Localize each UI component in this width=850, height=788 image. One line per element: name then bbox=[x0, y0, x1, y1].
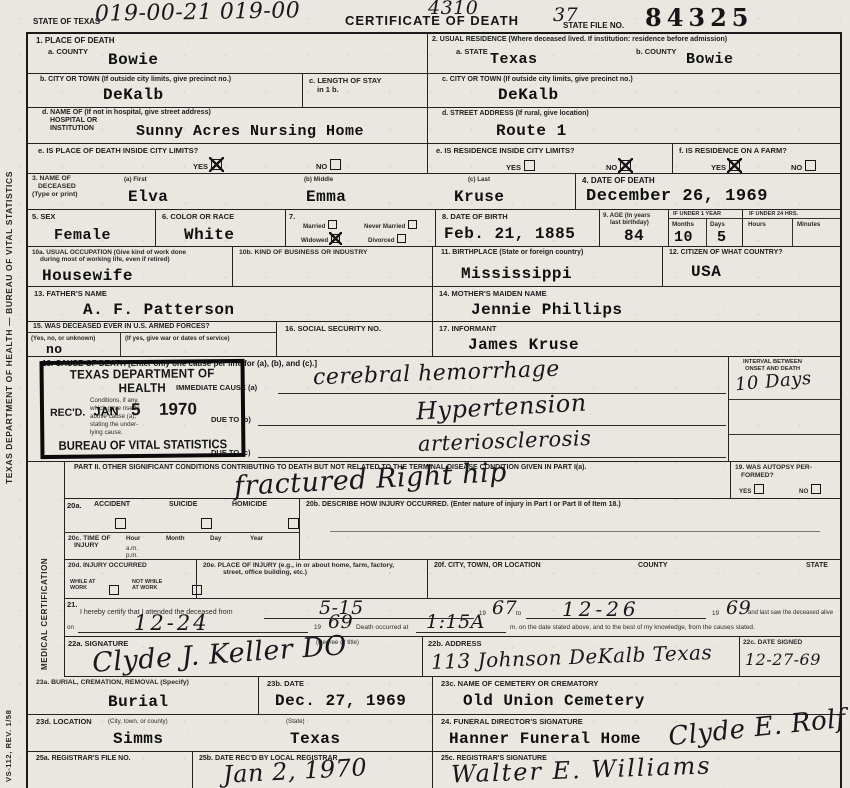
never-married-checkbox bbox=[408, 220, 417, 229]
item20a-label: 20a. bbox=[67, 501, 82, 510]
field-usual-residence: 2. USUAL RESIDENCE (Where deceased lived… bbox=[427, 34, 840, 74]
medical-certification-text: MEDICAL CERTIFICATION bbox=[40, 470, 49, 670]
birthplace-value: Mississippi bbox=[461, 265, 572, 283]
item1-stay-label-2: in 1 b. bbox=[317, 85, 339, 94]
street-address-value: Route 1 bbox=[496, 122, 567, 140]
sex-value: Female bbox=[54, 227, 111, 244]
certify-text-2: and last saw the deceased alive bbox=[748, 610, 833, 616]
no-label: NO bbox=[799, 488, 808, 495]
field-street-address: d. STREET ADDRESS (If rural, give locati… bbox=[427, 108, 840, 144]
state-file-no-label: STATE FILE NO. bbox=[563, 21, 624, 30]
pm-label: p.m. bbox=[126, 552, 138, 559]
field-accident-suicide-homicide: 20a. ACCIDENT SUICIDE HOMICIDE 20c. TIME… bbox=[64, 499, 299, 560]
item10a-label-1: 10a. USUAL OCCUPATION (Give kind of work… bbox=[32, 249, 186, 256]
field-mothers-maiden-name: 14. MOTHER'S MAIDEN NAME Jennie Phillips bbox=[432, 287, 840, 322]
date-of-death-value: December 26, 1969 bbox=[586, 187, 768, 206]
res-no-option: NO bbox=[606, 160, 631, 172]
stamp-recd: REC'D. bbox=[50, 407, 85, 419]
item2-state-label: a. STATE bbox=[456, 47, 488, 56]
field-burial-date: 23b. DATE Dec. 27, 1969 bbox=[258, 677, 432, 715]
interval-label-1: INTERVAL BETWEEN bbox=[743, 359, 802, 365]
item3-title-2: DECEASED bbox=[38, 183, 76, 190]
res-no-checkbox bbox=[620, 160, 631, 171]
months-value: 10 bbox=[674, 229, 693, 246]
never-married-label: Never Married bbox=[364, 223, 405, 230]
field-hospital-institution: d. NAME OF (If not in hospital, give str… bbox=[28, 108, 427, 144]
divorced-checkbox bbox=[397, 234, 406, 243]
age-value: 84 bbox=[624, 227, 644, 245]
interval-divider-1 bbox=[729, 399, 841, 400]
burial-city-value: Simms bbox=[113, 730, 164, 748]
item9-label-1: 9. AGE (In years bbox=[603, 212, 650, 219]
year-19-label-b: 19 bbox=[712, 610, 719, 617]
field-date-signed: 22c. DATE SIGNED 12-27-69 bbox=[739, 637, 840, 677]
armed-forces-divider bbox=[28, 332, 276, 333]
year-19-label-c: 19 bbox=[314, 624, 321, 631]
armed-forces-col-divider bbox=[120, 332, 121, 356]
item5-label: 5. SEX bbox=[32, 212, 55, 221]
divorced-option: Divorced bbox=[368, 234, 406, 244]
stamp-line-3: BUREAU OF VITAL STATISTICS bbox=[54, 437, 231, 453]
pod-no-checkbox bbox=[330, 159, 341, 170]
married-checkbox bbox=[328, 220, 337, 229]
day-label: Day bbox=[210, 535, 221, 542]
under-24-hrs-label: IF UNDER 24 HRS. bbox=[749, 211, 798, 217]
item20b-label: 20b. DESCRIBE HOW INJURY OCCURRED. (Ente… bbox=[306, 501, 621, 509]
date-of-birth-value: Feb. 21, 1885 bbox=[444, 225, 575, 243]
farm-yes-option: YES bbox=[711, 160, 740, 172]
widowed-option: Widowed bbox=[301, 234, 340, 244]
field-physician-signature: 22a. SIGNATURE (Degree or title) Clyde J… bbox=[64, 637, 422, 677]
item20e-label-1: 20e. PLACE OF INJURY (e.g., in or about … bbox=[203, 562, 394, 569]
item23c-label: 23c. NAME OF CEMETERY OR CREMATORY bbox=[441, 679, 598, 688]
married-label: Married bbox=[303, 223, 325, 230]
item24-label: 24. FUNERAL DIRECTOR'S SIGNATURE bbox=[441, 717, 583, 726]
field-business-industry: 10b. KIND OF BUSINESS OR INDUSTRY bbox=[232, 247, 432, 287]
autopsy-no-checkbox bbox=[811, 484, 821, 494]
res-yes-option: YES bbox=[506, 160, 535, 172]
item2-city-label: c. CITY OR TOWN (If outside city limits,… bbox=[442, 76, 633, 84]
field-injury-city-county-state: 20f. CITY, TOWN, OR LOCATION COUNTY STAT… bbox=[427, 560, 840, 599]
burial-value: Burial bbox=[108, 693, 169, 711]
item1-city-label: b. CITY OR TOWN (If outside city limits,… bbox=[40, 76, 231, 84]
item2-title: 2. USUAL RESIDENCE (Where deceased lived… bbox=[432, 36, 727, 44]
days-label: Days bbox=[710, 221, 725, 228]
month-label: Month bbox=[166, 535, 185, 542]
item12-label: 12. CITIZEN OF WHAT COUNTRY? bbox=[669, 249, 783, 257]
field-residence-inside-city-limits: e. IS RESIDENCE INSIDE CITY LIMITS? YES … bbox=[427, 144, 672, 174]
death-city-value: DeKalb bbox=[103, 86, 164, 104]
form-number-text: VS-112, REV. 1/58 bbox=[4, 686, 13, 782]
medical-certification-strip: MEDICAL CERTIFICATION bbox=[28, 462, 65, 677]
days-value: 5 bbox=[717, 229, 727, 246]
months-label: Months bbox=[672, 221, 694, 228]
field-part-2-conditions: PART II. OTHER SIGNIFICANT CONDITIONS CO… bbox=[64, 462, 730, 499]
item2-limits-label: e. IS RESIDENCE INSIDE CITY LIMITS? bbox=[436, 146, 575, 155]
autopsy-no-option: NO bbox=[799, 484, 821, 495]
death-certificate-scan: { "header": { "agency": "STATE OF TEXAS"… bbox=[0, 0, 850, 788]
field-describe-how-injury-occurred: 20b. DESCRIBE HOW INJURY OCCURRED. (Ente… bbox=[299, 499, 840, 560]
item6-label: 6. COLOR OR RACE bbox=[162, 212, 234, 221]
state-label: STATE bbox=[806, 562, 828, 570]
citizen-value: USA bbox=[691, 263, 721, 281]
autopsy-yes-checkbox bbox=[754, 484, 764, 494]
item1-title: 1. PLACE OF DEATH bbox=[36, 36, 115, 45]
field-armed-forces: 15. WAS DECEASED EVER IN U.S. ARMED FORC… bbox=[28, 322, 276, 357]
occupation-value: Housewife bbox=[42, 267, 133, 285]
field-age: 9. AGE (In years last birthday) 84 bbox=[599, 210, 668, 247]
farm-no-checkbox bbox=[805, 160, 816, 171]
stamp-date-line: REC'D. JAN 5 1970 bbox=[50, 399, 235, 421]
field-death-inside-city-limits: e. IS PLACE OF DEATH INSIDE CITY LIMITS?… bbox=[28, 144, 427, 174]
accident-label: ACCIDENT bbox=[94, 501, 130, 509]
county-label: COUNTY bbox=[638, 562, 668, 570]
no-label: NO bbox=[606, 163, 617, 172]
item16-label: 16. SOCIAL SECURITY NO. bbox=[285, 324, 381, 333]
attended-from-year: 67 bbox=[492, 597, 517, 619]
certify-text-4: m. on the date stated above, and to the … bbox=[510, 624, 755, 631]
field-burial-location: 23d. LOCATION (City, town, or county) (S… bbox=[28, 715, 432, 752]
months-days-divider bbox=[706, 218, 707, 246]
cemetery-name-value: Old Union Cemetery bbox=[463, 692, 645, 710]
field-certification-statement: 21. I hereby certify that I attended the… bbox=[64, 599, 840, 637]
to-label: to bbox=[516, 610, 521, 617]
divorced-label: Divorced bbox=[368, 237, 394, 244]
item17-label: 17. INFORMANT bbox=[439, 324, 497, 333]
item20c-label-2: INJURY bbox=[74, 542, 99, 549]
item20f-label: 20f. CITY, TOWN, OR LOCATION bbox=[434, 562, 541, 570]
hour-label: Hour bbox=[126, 535, 140, 542]
burial-state-value: Texas bbox=[290, 730, 341, 748]
due-to-b-value: Hypertension bbox=[415, 389, 587, 426]
item2-farm-label: f. IS RESIDENCE ON A FARM? bbox=[679, 146, 787, 155]
never-married-option: Never Married bbox=[364, 220, 417, 230]
item22c-label: 22c. DATE SIGNED bbox=[743, 639, 802, 646]
stamp-year: 1970 bbox=[159, 399, 197, 418]
item10b-label: 10b. KIND OF BUSINESS OR INDUSTRY bbox=[239, 249, 368, 256]
item19-label-1: 19. WAS AUTOPSY PER- bbox=[735, 464, 812, 471]
not-while-at-work-label-2: AT WORK bbox=[132, 585, 157, 591]
married-option: Married bbox=[303, 220, 337, 230]
year-label: Year bbox=[250, 535, 263, 542]
first-name-value: Elva bbox=[128, 188, 168, 206]
residence-county-value: Bowie bbox=[686, 51, 734, 68]
homicide-checkbox bbox=[288, 518, 299, 529]
item20e-label-2: street, office building, etc.) bbox=[223, 569, 307, 576]
burial-date-value: Dec. 27, 1969 bbox=[275, 692, 406, 710]
field-informant: 17. INFORMANT James Kruse bbox=[432, 322, 840, 357]
field-physician-address: 22b. ADDRESS 113 Johnson DeKalb Texas bbox=[422, 637, 739, 677]
item10a-label-2: during most of working life, even if ret… bbox=[40, 256, 170, 263]
hours-label: Hours bbox=[748, 221, 766, 228]
cause-b-line bbox=[258, 425, 726, 426]
hours-minutes-divider bbox=[792, 218, 793, 246]
field-autopsy-performed: 19. WAS AUTOPSY PER- FORMED? YES NO bbox=[730, 462, 840, 499]
field-registrar-file-no: 25a. REGISTRAR'S FILE NO. bbox=[28, 752, 192, 788]
state-file-number: 84325 bbox=[645, 3, 754, 32]
interval-divider-2 bbox=[729, 434, 841, 435]
item2-county-label: b. COUNTY bbox=[636, 47, 676, 56]
item15-sub2: (If yes, give war or dates of service) bbox=[125, 335, 230, 342]
field-citizen-of-country: 12. CITIZEN OF WHAT COUNTRY? USA bbox=[662, 247, 840, 287]
informant-value: James Kruse bbox=[468, 336, 579, 354]
field-color-or-race: 6. COLOR OR RACE White bbox=[155, 210, 285, 247]
armed-forces-value: no bbox=[46, 342, 63, 357]
suicide-checkbox bbox=[201, 518, 212, 529]
item21-number: 21. bbox=[67, 600, 77, 609]
last-name-value: Kruse bbox=[454, 188, 505, 206]
field-place-of-injury: 20e. PLACE OF INJURY (e.g., in or about … bbox=[196, 560, 427, 599]
yes-label: YES bbox=[193, 162, 208, 171]
location-city-sub-label: (City, town, or county) bbox=[108, 718, 168, 725]
middle-name-label: (b) Middle bbox=[304, 176, 333, 183]
item22b-label: 22b. ADDRESS bbox=[428, 639, 482, 648]
state-of-texas-label: STATE OF TEXAS bbox=[33, 17, 100, 26]
field-registrar-signature: 25c. REGISTRAR'S SIGNATURE Walter E. Wil… bbox=[432, 752, 840, 788]
item1-limits-label: e. IS PLACE OF DEATH INSIDE CITY LIMITS? bbox=[38, 146, 198, 155]
field-if-under-24-hrs: IF UNDER 24 HRS. Hours Minutes bbox=[742, 210, 840, 247]
item3-title-1: 3. NAME OF bbox=[32, 175, 71, 182]
item20d-label: 20d. INJURY OCCURRED bbox=[68, 562, 147, 569]
on-label: on bbox=[67, 624, 74, 631]
item20c-label-1: 20c. TIME OF bbox=[68, 535, 111, 542]
field-date-received-by-registrar: 25b. DATE REC'D BY LOCAL REGISTRAR Jan 2… bbox=[192, 752, 432, 788]
yes-label: YES bbox=[739, 488, 751, 495]
mothers-name-value: Jennie Phillips bbox=[471, 301, 623, 319]
item14-label: 14. MOTHER'S MAIDEN NAME bbox=[439, 289, 547, 298]
injury-answer-line bbox=[330, 531, 820, 532]
stamp-day: 5 bbox=[131, 400, 141, 419]
item7-label: 7. bbox=[289, 212, 295, 221]
item25a-label: 25a. REGISTRAR'S FILE NO. bbox=[36, 755, 131, 763]
field-marital-status: 7. Married Never Married Widowed Divorce… bbox=[285, 210, 435, 247]
funeral-home-value: Hanner Funeral Home bbox=[449, 730, 641, 748]
yes-label: YES bbox=[506, 163, 521, 172]
handwritten-header-code: 019-00-21 019-00 bbox=[95, 0, 301, 27]
homicide-label: HOMICIDE bbox=[232, 501, 267, 509]
last-name-label: (c) Last bbox=[468, 176, 490, 183]
farm-no-option: NO bbox=[791, 160, 816, 172]
while-at-work-checkbox bbox=[109, 585, 119, 595]
field-place-of-death-county: 1. PLACE OF DEATH a. COUNTY Bowie bbox=[28, 34, 427, 74]
race-value: White bbox=[184, 226, 235, 244]
field-burial-cremation-removal: 23a. BURIAL, CREMATION, REMOVAL (Specify… bbox=[28, 677, 258, 715]
pod-yes-checkbox bbox=[211, 159, 222, 170]
field-if-under-1-year: IF UNDER 1 YEAR Months 10 Days 5 bbox=[668, 210, 742, 247]
margin-department-text: TEXAS DEPARTMENT OF HEALTH — BUREAU OF V… bbox=[4, 64, 14, 484]
vital-statistics-received-stamp: TEXAS DEPARTMENT OF HEALTH REC'D. JAN 5 … bbox=[39, 359, 245, 459]
suicide-label: SUICIDE bbox=[169, 501, 197, 509]
death-county-value: Bowie bbox=[108, 51, 159, 69]
field-date-of-death: 4. DATE OF DEATH December 26, 1969 bbox=[575, 174, 840, 210]
residence-city-value: DeKalb bbox=[498, 86, 559, 104]
location-state-sub-label: (State) bbox=[286, 718, 305, 725]
item19-label-2: FORMED? bbox=[741, 472, 774, 479]
item15-label: 15. WAS DECEASED EVER IN U.S. ARMED FORC… bbox=[33, 323, 210, 331]
physician-signature-value: Clyde J. Keller DO bbox=[91, 630, 348, 679]
certify-text-3: Death occurred at bbox=[356, 624, 408, 631]
item2-street-label: d. STREET ADDRESS (If rural, give locati… bbox=[442, 110, 589, 118]
attended-to-date: 12-26 bbox=[562, 597, 640, 621]
time-of-death-value: 1:15A bbox=[426, 611, 485, 633]
pod-yes-option: YES bbox=[193, 159, 222, 171]
item9-label-2: last birthday) bbox=[610, 219, 649, 226]
field-birthplace: 11. BIRTHPLACE (State or foreign country… bbox=[432, 247, 662, 287]
last-seen-alive-date: 12-24 bbox=[134, 611, 210, 635]
field-date-of-birth: 8. DATE OF BIRTH Feb. 21, 1885 bbox=[435, 210, 599, 247]
field-fathers-name: 13. FATHER'S NAME A. F. Patterson bbox=[28, 287, 432, 322]
field-cause-of-death: 18. CAUSE OF DEATH [Enter only one cause… bbox=[28, 357, 840, 462]
date-signed-value: 12-27-69 bbox=[745, 650, 821, 669]
accident-checkbox bbox=[115, 518, 126, 529]
item23b-label: 23b. DATE bbox=[267, 679, 304, 688]
facility-value: Sunny Acres Nursing Home bbox=[136, 123, 364, 140]
item23d-label: 23d. LOCATION bbox=[36, 717, 92, 726]
item1-county-label: a. COUNTY bbox=[48, 47, 88, 56]
handwritten-number-4310: 4310 bbox=[428, 0, 478, 19]
item13-label: 13. FATHER'S NAME bbox=[34, 289, 107, 298]
item8-label: 8. DATE OF BIRTH bbox=[442, 212, 508, 221]
widowed-label: Widowed bbox=[301, 237, 328, 244]
field-sex: 5. SEX Female bbox=[28, 210, 155, 247]
field-residence-on-farm: f. IS RESIDENCE ON A FARM? YES NO bbox=[672, 144, 840, 174]
item3-title-3: (Type or print) bbox=[32, 191, 78, 198]
stamp-month: JAN bbox=[94, 404, 119, 418]
item1-facility-label-3: INSTITUTION bbox=[50, 125, 94, 133]
time-of-injury-divider bbox=[64, 532, 299, 533]
first-name-label: (a) First bbox=[124, 176, 147, 183]
minutes-label: Minutes bbox=[797, 221, 820, 228]
field-length-of-stay: c. LENGTH OF STAY in 1 b. bbox=[302, 74, 427, 108]
residence-state-value: Texas bbox=[490, 51, 538, 68]
autopsy-yes-option: YES bbox=[739, 484, 764, 495]
pod-no-option: NO bbox=[316, 159, 341, 171]
res-yes-checkbox bbox=[524, 160, 535, 171]
fathers-name-value: A. F. Patterson bbox=[83, 301, 235, 319]
widowed-checkbox bbox=[331, 234, 340, 243]
field-injury-occurred: 20d. INJURY OCCURRED WHILE AT WORK NOT W… bbox=[64, 560, 196, 599]
field-residence-city: c. CITY OR TOWN (If outside city limits,… bbox=[427, 74, 840, 108]
due-to-c-value: arteriosclerosis bbox=[418, 426, 592, 456]
certificate-form: 1. PLACE OF DEATH a. COUNTY Bowie 2. USU… bbox=[26, 32, 842, 788]
item4-label: 4. DATE OF DEATH bbox=[582, 176, 655, 185]
field-name-of-deceased: 3. NAME OF DECEASED (Type or print) (a) … bbox=[28, 174, 575, 210]
field-usual-occupation: 10a. USUAL OCCUPATION (Give kind of work… bbox=[28, 247, 232, 287]
no-label: NO bbox=[316, 162, 327, 171]
immediate-cause-value: cerebral hemorrhage bbox=[313, 357, 561, 391]
field-cemetery-name: 23c. NAME OF CEMETERY OR CREMATORY Old U… bbox=[432, 677, 840, 715]
farm-yes-checkbox bbox=[729, 160, 740, 171]
item1-stay-label-1: c. LENGTH OF STAY bbox=[309, 76, 382, 85]
while-at-work-label-2: WORK bbox=[70, 585, 87, 591]
under-1-year-label: IF UNDER 1 YEAR bbox=[673, 211, 721, 217]
stamp-line-1: TEXAS DEPARTMENT OF HEALTH bbox=[50, 366, 233, 396]
item15-sub1: (Yes, no, or unknown) bbox=[31, 335, 95, 342]
no-label: NO bbox=[791, 163, 802, 172]
field-social-security-no: 16. SOCIAL SECURITY NO. bbox=[276, 322, 432, 357]
am-label: a.m. bbox=[126, 545, 138, 552]
yes-label: YES bbox=[711, 163, 726, 172]
item23a-label: 23a. BURIAL, CREMATION, REMOVAL (Specify… bbox=[36, 679, 189, 686]
field-funeral-director-signature: 24. FUNERAL DIRECTOR'S SIGNATURE Hanner … bbox=[432, 715, 840, 752]
middle-name-value: Emma bbox=[306, 188, 346, 206]
interval-column: INTERVAL BETWEEN ONSET AND DEATH 10 Days bbox=[728, 357, 841, 462]
field-death-city: b. CITY OR TOWN (If outside city limits,… bbox=[28, 74, 302, 108]
item11-label: 11. BIRTHPLACE (State or foreign country… bbox=[441, 249, 583, 257]
